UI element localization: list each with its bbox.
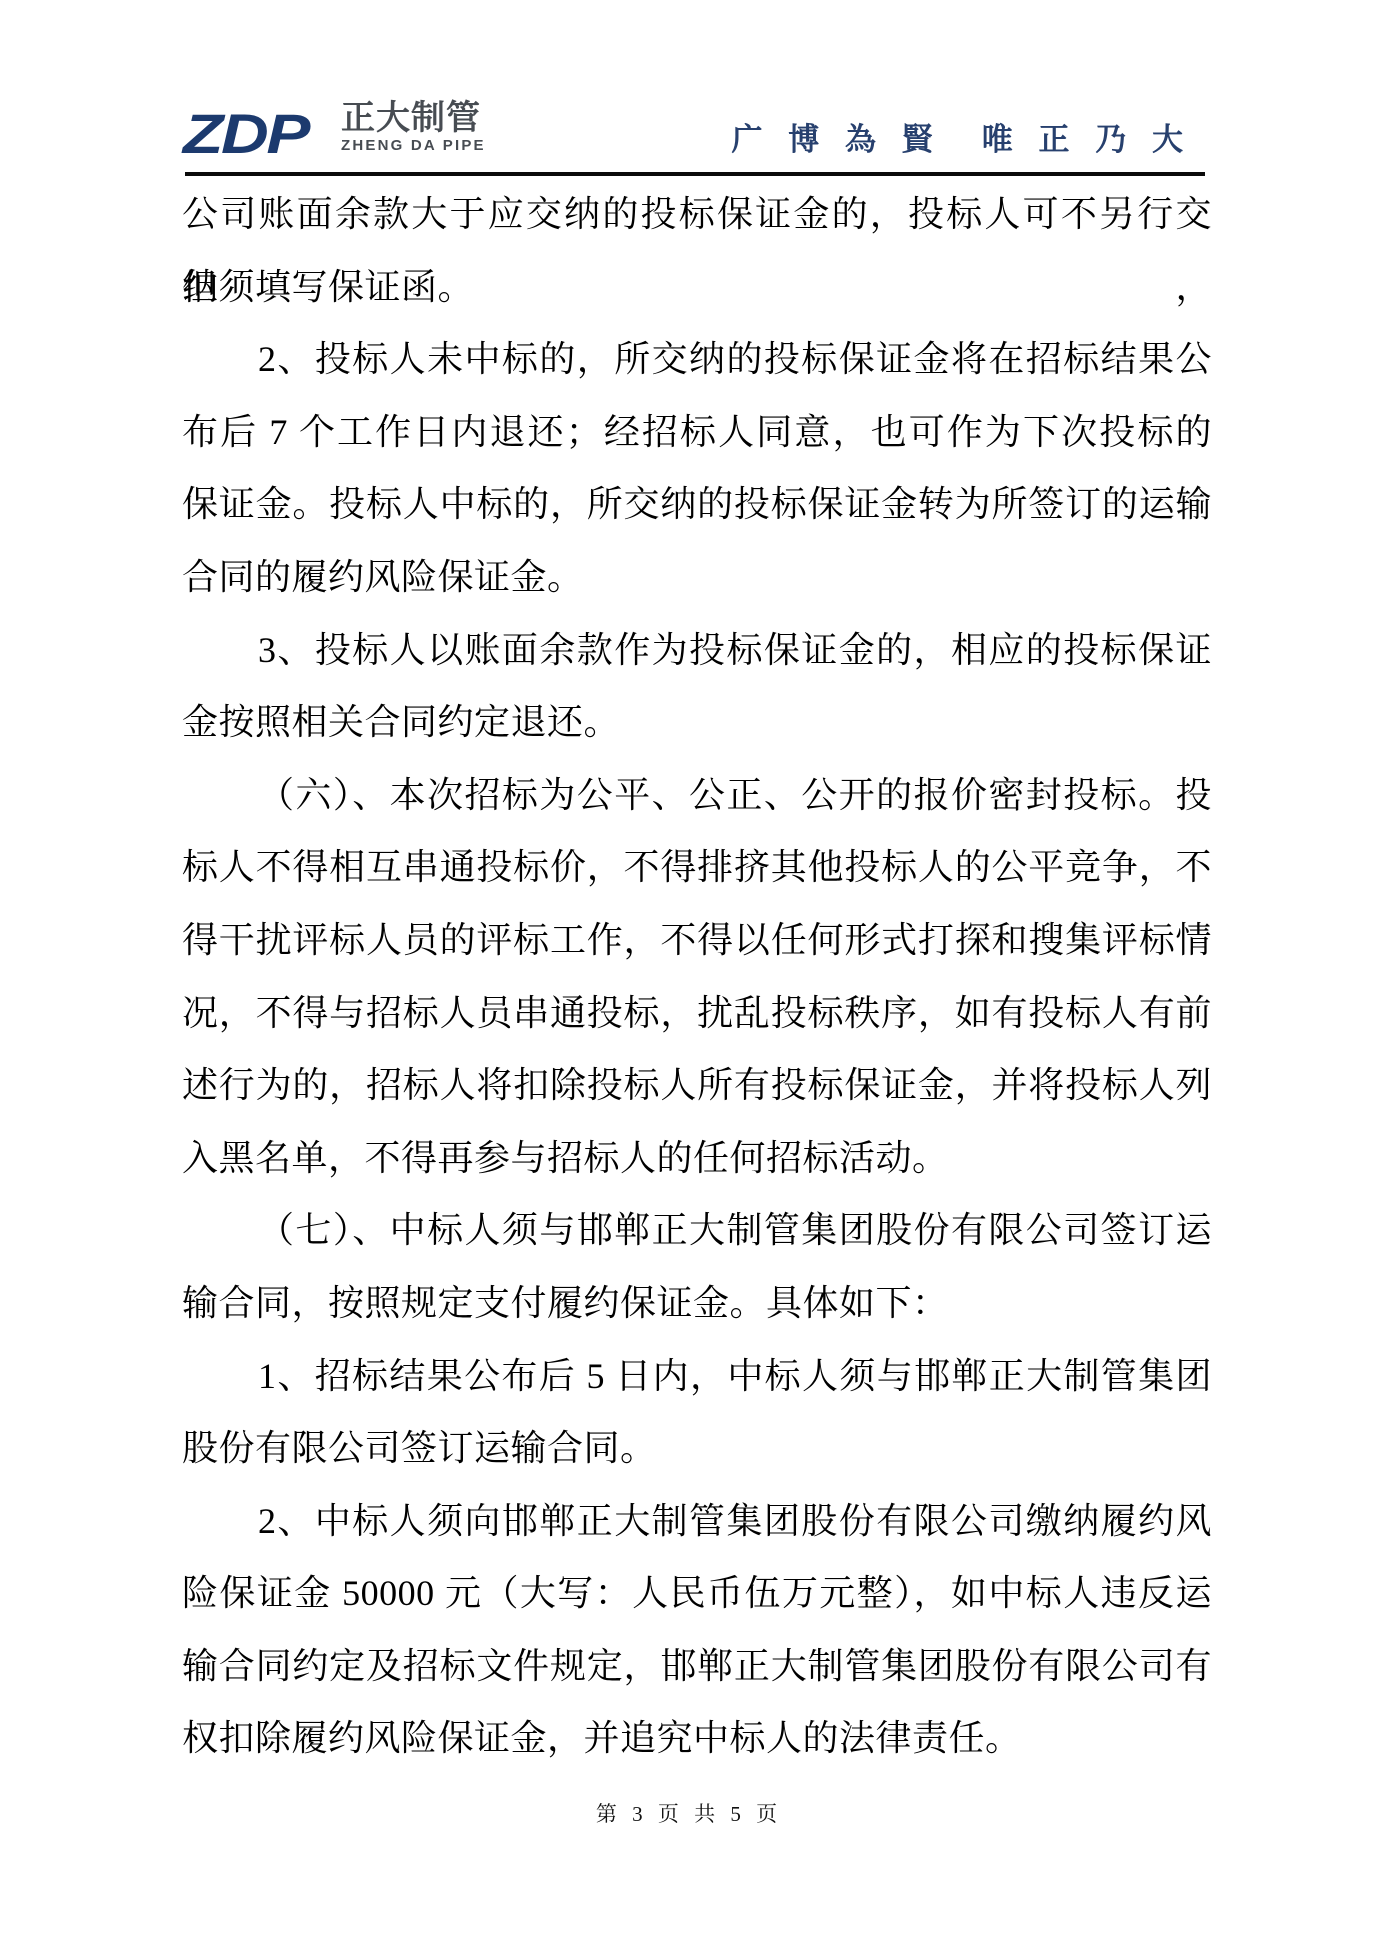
text-line: 述行为的，招标人将扣除投标人所有投标保证金，并将投标人列 [182,1049,1212,1122]
logo-names: 正大制管 ZHENG DA PIPE [341,100,486,154]
text-line: 1、招标结果公布后 5 日内，中标人须与邯郸正大制管集团 [182,1340,1212,1413]
page-header: ZDP 正大制管 ZHENG DA PIPE 广 博 為 賢 唯 正 乃 大 [0,0,1378,176]
text-line: 保证金。投标人中标的，所交纳的投标保证金转为所签订的运输 [182,468,1212,541]
text-line: 公司账面余款大于应交纳的投标保证金的，投标人可不另行交纳， [182,178,1212,251]
text-line: 合同的履约风险保证金。 [182,541,1212,614]
text-line: 股份有限公司签订运输合同。 [182,1412,1212,1485]
company-slogan: 广 博 為 賢 唯 正 乃 大 [732,122,1193,158]
document-body: 公司账面余款大于应交纳的投标保证金的，投标人可不另行交纳，但须填写保证函。2、投… [182,178,1212,1775]
zdp-logo-icon: ZDP [183,100,308,162]
text-line: 险保证金 50000 元（大写：人民币伍万元整），如中标人违反运 [182,1557,1212,1630]
document-page: ZDP 正大制管 ZHENG DA PIPE 广 博 為 賢 唯 正 乃 大 公… [0,0,1378,1949]
text-line: 得干扰评标人员的评标工作，不得以任何形式打探和搜集评标情 [182,904,1212,977]
header-divider [185,172,1205,176]
text-line: 输合同约定及招标文件规定，邯郸正大制管集团股份有限公司有 [182,1630,1212,1703]
text-line: 2、中标人须向邯郸正大制管集团股份有限公司缴纳履约风 [182,1485,1212,1558]
text-line: 权扣除履约风险保证金，并追究中标人的法律责任。 [182,1702,1212,1775]
text-line: 输合同，按照规定支付履约保证金。具体如下： [182,1267,1212,1340]
text-line: 布后 7 个工作日内退还；经招标人同意，也可作为下次投标的 [182,396,1212,469]
page-footer: 第 3 页 共 5 页 [0,1798,1378,1828]
page-number: 第 3 页 共 5 页 [596,1798,782,1828]
company-logo: ZDP 正大制管 ZHENG DA PIPE [183,100,486,162]
text-line: 入黑名单，不得再参与招标人的任何招标活动。 [182,1122,1212,1195]
company-name-en: ZHENG DA PIPE [341,138,486,154]
text-line: 标人不得相互串通投标价，不得排挤其他投标人的公平竞争，不 [182,831,1212,904]
text-line: （六）、本次招标为公平、公正、公开的报价密封投标。投 [182,759,1212,832]
text-line: 3、投标人以账面余款作为投标保证金的，相应的投标保证 [182,614,1212,687]
text-line: 2、投标人未中标的，所交纳的投标保证金将在招标结果公 [182,323,1212,396]
text-line: （七）、中标人须与邯郸正大制管集团股份有限公司签订运 [182,1194,1212,1267]
text-line: 况，不得与招标人员串通投标，扰乱投标秩序，如有投标人有前 [182,977,1212,1050]
text-line: 金按照相关合同约定退还。 [182,686,1212,759]
company-name-cn: 正大制管 [341,100,486,136]
